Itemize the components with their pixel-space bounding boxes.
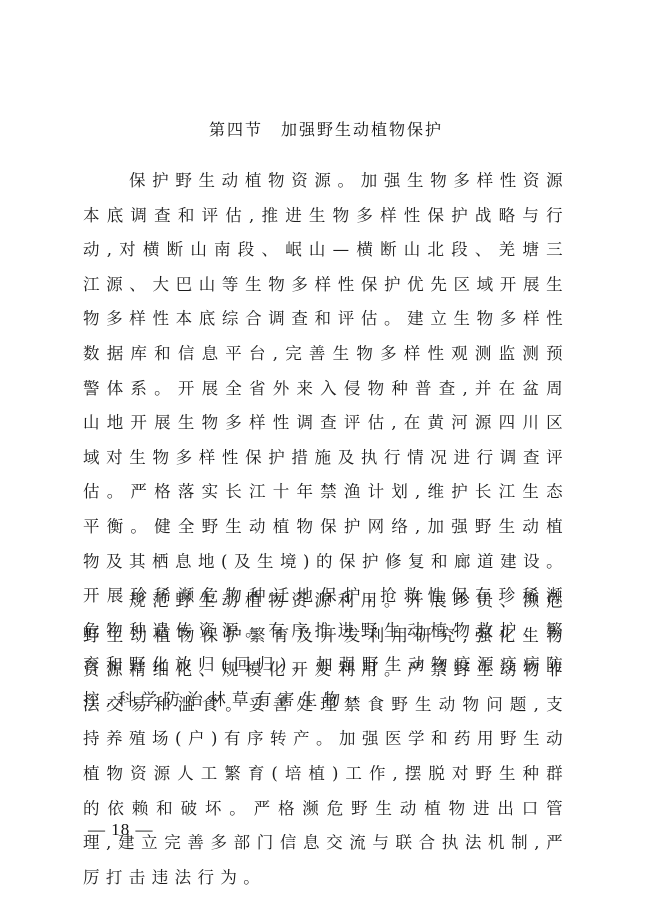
section-number: 第四节 xyxy=(209,120,263,139)
paragraph-wildlife-utilization: 规范野生动植物资源利用。开展珍贵、濒危野生动植物保护繁育及开发利用研究,强化生物… xyxy=(83,584,569,895)
section-heading: 第四节加强野生动植物保护 xyxy=(83,118,569,142)
page-number: — 18 — xyxy=(88,820,154,840)
section-title: 加强野生动植物保护 xyxy=(281,120,443,139)
